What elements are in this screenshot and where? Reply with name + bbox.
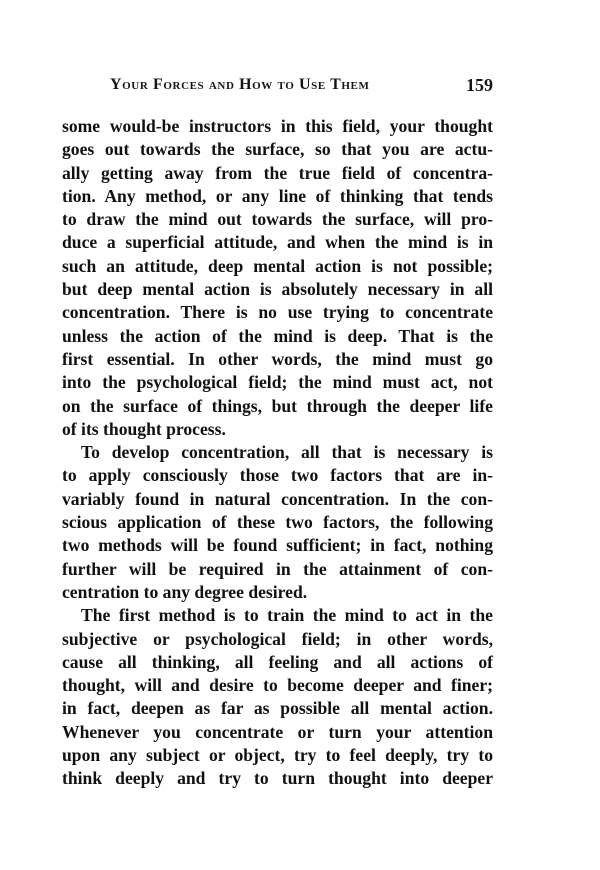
- text-line: cause all thinking, all feeling and all …: [62, 651, 493, 674]
- text-line: goes out towards the surface, so that yo…: [62, 138, 493, 161]
- text-line: some would-be instructors in this field,…: [62, 115, 493, 138]
- text-line: further will be required in the attainme…: [62, 558, 493, 581]
- paragraph-end-line: centration to any degree desired.: [62, 581, 493, 604]
- running-head-title: Your Forces and How to Use Them: [110, 76, 369, 94]
- text-line: on the surface of things, but through th…: [62, 395, 493, 418]
- paragraph-start-line: The first method is to train the mind to…: [62, 604, 493, 627]
- text-line: two methods will be found sufficient; in…: [62, 534, 493, 557]
- text-line: unless the action of the mind is deep. T…: [62, 325, 493, 348]
- text-line: scious application of these two factors,…: [62, 511, 493, 534]
- text-line: first essential. In other words, the min…: [62, 348, 493, 371]
- running-head: Your Forces and How to Use Them 159: [62, 72, 493, 102]
- text-line: thought, will and desire to become deepe…: [62, 674, 493, 697]
- text-line: concentration. There is no use trying to…: [62, 301, 493, 324]
- text-line: ally getting away from the true field of…: [62, 162, 493, 185]
- book-page: Your Forces and How to Use Them 159 some…: [62, 72, 493, 791]
- paragraph-start-line: To develop concentration, all that is ne…: [62, 441, 493, 464]
- text-line: to apply consciously those two factors t…: [62, 464, 493, 487]
- text-line: tion. Any method, or any line of thinkin…: [62, 185, 493, 208]
- paragraph-end-line: of its thought process.: [62, 418, 493, 441]
- text-line: upon any subject or object, try to feel …: [62, 744, 493, 767]
- text-line: variably found in natural concentration.…: [62, 488, 493, 511]
- text-line: into the psychological field; the mind m…: [62, 371, 493, 394]
- text-line: Whenever you concentrate or turn your at…: [62, 721, 493, 744]
- body-text: some would-be instructors in this field,…: [62, 115, 493, 791]
- text-line: in fact, deepen as far as possible all m…: [62, 697, 493, 720]
- page-number: 159: [466, 75, 493, 96]
- text-line: subjective or psychological field; in ot…: [62, 628, 493, 651]
- text-line: to draw the mind out towards the surface…: [62, 208, 493, 231]
- text-line: think deeply and try to turn thought int…: [62, 767, 493, 790]
- text-line: such an attitude, deep mental action is …: [62, 255, 493, 278]
- text-line: but deep mental action is absolutely nec…: [62, 278, 493, 301]
- text-line: duce a superficial attitude, and when th…: [62, 231, 493, 254]
